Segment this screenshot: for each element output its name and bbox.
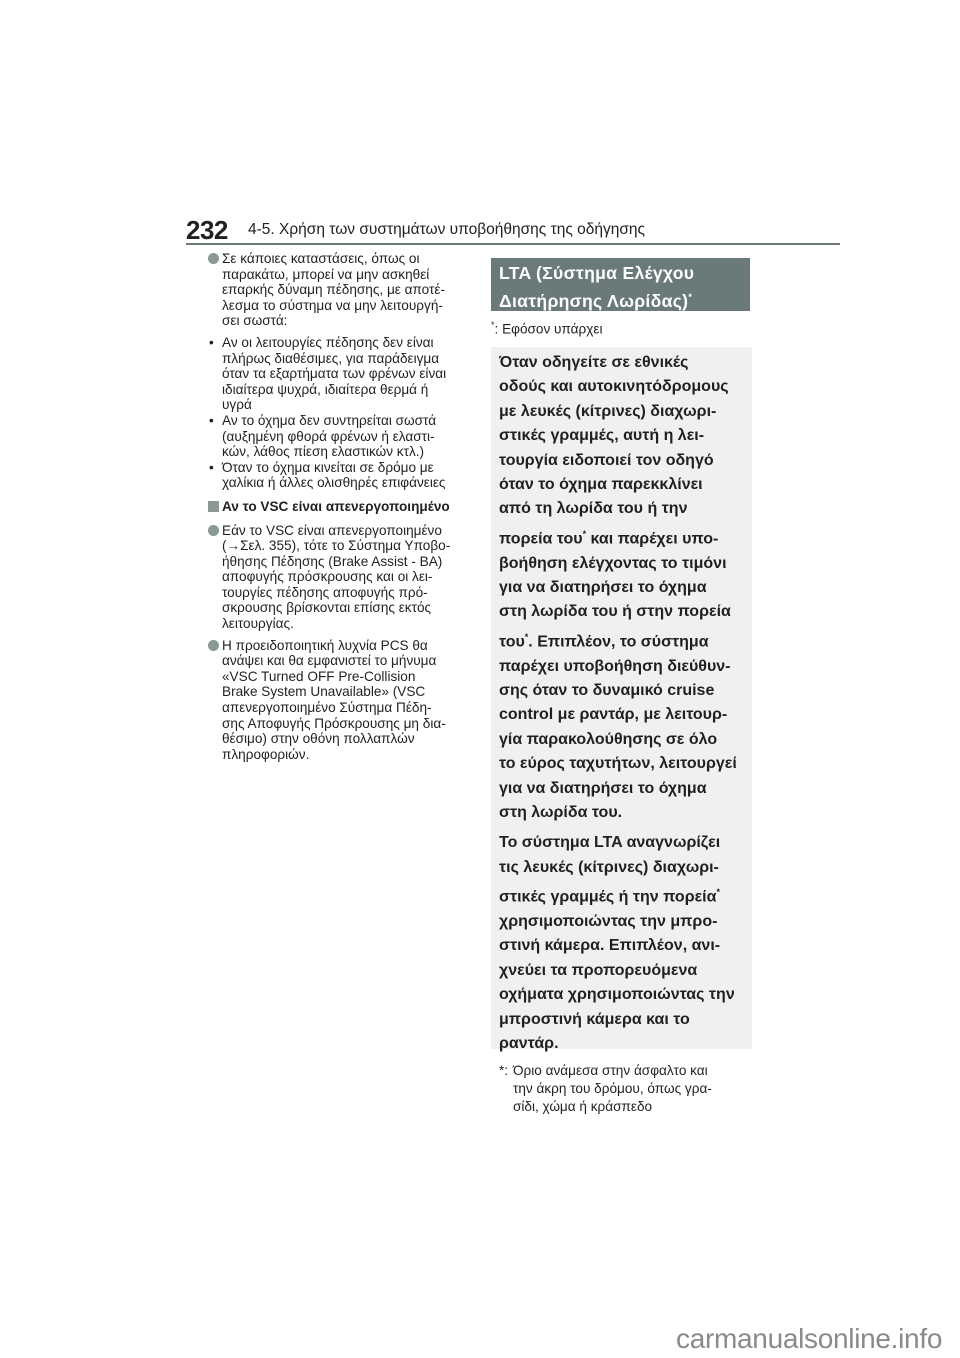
text-line: σει σωστά: <box>222 313 470 329</box>
text-line: επαρκής δύναμη πέδησης, με αποτέ- <box>222 282 470 298</box>
text-line: λειτουργίας. <box>222 616 470 632</box>
text-fragment: στικές γραμμές ή την πορεία <box>499 889 716 906</box>
text-fragment: . Επιπλέον, το σύστημα <box>528 633 708 650</box>
square-bullet-icon <box>208 501 219 512</box>
paragraph-braking-conditions: Σε κάποιες καταστάσεις, όπως οι παρακάτω… <box>208 251 470 329</box>
text-line: Εάν το VSC είναι απενεργοποιημένο <box>222 523 470 539</box>
text-fragment: και παρέχει υπο- <box>586 530 718 547</box>
text-line: ραντάρ. <box>499 1032 752 1056</box>
text-line: οχήματα χρησιμοποιώντας την <box>499 983 752 1007</box>
condition-list: Αν οι λειτουργίες πέδησης δεν είναι πλήρ… <box>208 335 470 491</box>
text-line: όταν το όχημα παρεκκλίνει <box>499 473 752 497</box>
boundary-footnote: *: Όριο ανάμεσα στην άσφαλτο και την άκρ… <box>499 1062 752 1116</box>
circle-bullet-icon <box>208 525 219 536</box>
text-line: σης Αποφυγής Πρόσκρουσης μη δια- <box>222 716 470 732</box>
text-line: τουργίες πέδησης αποφυγής πρό- <box>222 585 470 601</box>
text-line: χρησιμοποιώντας την μπρο- <box>499 910 752 934</box>
left-column: Σε κάποιες καταστάσεις, όπως οι παρακάτω… <box>208 251 470 768</box>
text-line: στικές γραμμές, αυτή η λει- <box>499 424 752 448</box>
list-item: Αν το όχημα δεν συντηρείται σωστά (αυξημ… <box>208 413 470 460</box>
lta-section-heading: LTA (Σύστημα Ελέγχου Διατήρησης Λωρίδας)… <box>491 258 750 311</box>
text-line: με λευκές (κίτρινες) διαχωρι- <box>499 400 752 424</box>
text-line: τις λευκές (κίτρινες) διαχωρι- <box>499 856 752 880</box>
subheading-text: Αν το VSC είναι απενεργοποιημένο <box>222 499 450 514</box>
page-reference-line: (→Σελ. 355), τότε το Σύστημα Υποβο- <box>222 538 470 554</box>
text-line: οδούς και αυτοκινητόδρομους <box>499 375 752 399</box>
text-line: στη λωρίδα του. <box>499 801 752 825</box>
text-line: ανάψει και θα εμφανιστεί το μήνυμα <box>222 653 470 669</box>
text-line: Αν οι λειτουργίες πέδησης δεν είναι <box>222 335 470 351</box>
paragraph-pcs-warning: Η προειδοποιητική λυχνία PCS θα ανάψει κ… <box>208 638 470 763</box>
text-line: τουργία ειδοποιεί τον οδηγό <box>499 449 752 473</box>
availability-footnote: *: Εφόσον υπάρχει <box>491 320 602 337</box>
text-line: χαλίκια ή άλλες ολισθηρές επιφάνειες <box>222 475 470 491</box>
section-title: 4-5. Χρήση των συστημάτων υποβοήθησης τη… <box>248 221 645 239</box>
text-line: πλήρως διαθέσιμες, για παράδειγμα <box>222 351 470 367</box>
text-line: για να διατηρήσει το όχημα <box>499 777 752 801</box>
text-line: control με ραντάρ, με λειτουρ- <box>499 703 752 727</box>
paragraph-vsc-disabled: Εάν το VSC είναι απενεργοποιημένο (→Σελ.… <box>208 523 470 632</box>
heading-line: Διατήρησης Λωρίδας) <box>499 291 688 311</box>
text-line: αποφυγής πρόσκρουσης και οι λει- <box>222 569 470 585</box>
text-line: ήθησης Πέδησης (Brake Assist - BA) <box>222 554 470 570</box>
text-line: Όριο ανάμεσα στην άσφαλτο και <box>513 1062 752 1080</box>
text-line: θέσιμο) στην οθόνη πολλαπλών <box>222 731 470 747</box>
circle-bullet-icon <box>208 253 219 264</box>
asterisk-mark: *: <box>499 1062 508 1080</box>
list-item: Αν οι λειτουργίες πέδησης δεν είναι πλήρ… <box>208 335 470 413</box>
text-line: Όταν το όχημα κινείται σε δρόμο με <box>222 460 470 476</box>
text-line: υγρά <box>222 397 470 413</box>
text-line: κών, λάθος πίεση ελαστικών κτλ.) <box>222 444 470 460</box>
heading-line: LTA (Σύστημα Ελέγχου <box>499 261 750 285</box>
text-line: γία παρακολούθησης σε όλο <box>499 728 752 752</box>
text-line: όταν τα εξαρτήματα των φρένων είναι <box>222 366 470 382</box>
text-line: από τη λωρίδα του ή την <box>499 497 752 521</box>
lta-description-box: Όταν οδηγείτε σε εθνικές οδούς και αυτοκ… <box>491 347 752 1049</box>
page-number: 232 <box>186 215 228 246</box>
text-fragment: του <box>499 633 525 650</box>
asterisk-mark: * <box>688 292 692 302</box>
text-line: παρακάτω, μπορεί να μην ασκηθεί <box>222 267 470 283</box>
text-line: Το σύστημα LTA αναγνωρίζει <box>499 831 752 855</box>
text-line: σης όταν το δυναμικό cruise <box>499 679 752 703</box>
text-line: πληροφοριών. <box>222 747 470 763</box>
text-line: το εύρος ταχυτήτων, λειτουργεί <box>499 752 752 776</box>
text-line: Σε κάποιες καταστάσεις, όπως οι <box>222 251 470 267</box>
text-line: Αν το όχημα δεν συντηρείται σωστά <box>222 413 470 429</box>
lta-description-p1: Όταν οδηγείτε σε εθνικές οδούς και αυτοκ… <box>499 351 752 825</box>
text-line: βοήθηση ελέγχοντας το τιμόνι <box>499 552 752 576</box>
text-line: Brake System Unavailable» (VSC <box>222 684 470 700</box>
text-line: λεσμα το σύστημα να μην λειτουργή- <box>222 298 470 314</box>
text-line: σίδι, χώμα ή κράσπεδο <box>513 1098 752 1116</box>
text-line: απενεργοποιημένο Σύστημα Πέδη- <box>222 700 470 716</box>
text-line: μπροστινή κάμερα και το <box>499 1008 752 1032</box>
watermark: carmanualsonline.info <box>676 1323 942 1355</box>
text-fragment: πορεία του <box>499 530 583 547</box>
lta-description-p2: Το σύστημα LTA αναγνωρίζει τις λευκές (κ… <box>499 831 752 1056</box>
text-line: σκρουσης βρίσκονται επίσης εκτός <box>222 600 470 616</box>
header-rule <box>186 243 840 245</box>
page-header: 232 4-5. Χρήση των συστημάτων υποβοήθηση… <box>186 212 840 246</box>
text-line: παρέχει υποβοήθηση διεύθυν- <box>499 655 752 679</box>
text-line: ιδιαίτερα ψυχρά, ιδιαίτερα θερμά ή <box>222 382 470 398</box>
text-line: την άκρη του δρόμου, όπως γρα- <box>513 1080 752 1098</box>
text-line: «VSC Turned OFF Pre-Collision <box>222 669 470 685</box>
text-line: στη λωρίδα του ή στην πορεία <box>499 600 752 624</box>
text-line: Όταν οδηγείτε σε εθνικές <box>499 351 752 375</box>
list-item: Όταν το όχημα κινείται σε δρόμο με χαλίκ… <box>208 460 470 491</box>
text-line: στινή κάμερα. Επιπλέον, ανι- <box>499 934 752 958</box>
text-line: για να διατηρήσει το όχημα <box>499 576 752 600</box>
text-line: (αυξημένη φθορά φρένων ή ελαστι- <box>222 429 470 445</box>
text-line: χνεύει τα προπορευόμενα <box>499 959 752 983</box>
text-line: Η προειδοποιητική λυχνία PCS θα <box>222 638 470 654</box>
subheading-vsc-off: Αν το VSC είναι απενεργοποιημένο <box>208 499 470 515</box>
asterisk-mark: * <box>716 887 720 897</box>
footnote-text: : Εφόσον υπάρχει <box>495 322 603 337</box>
circle-bullet-icon <box>208 640 219 651</box>
